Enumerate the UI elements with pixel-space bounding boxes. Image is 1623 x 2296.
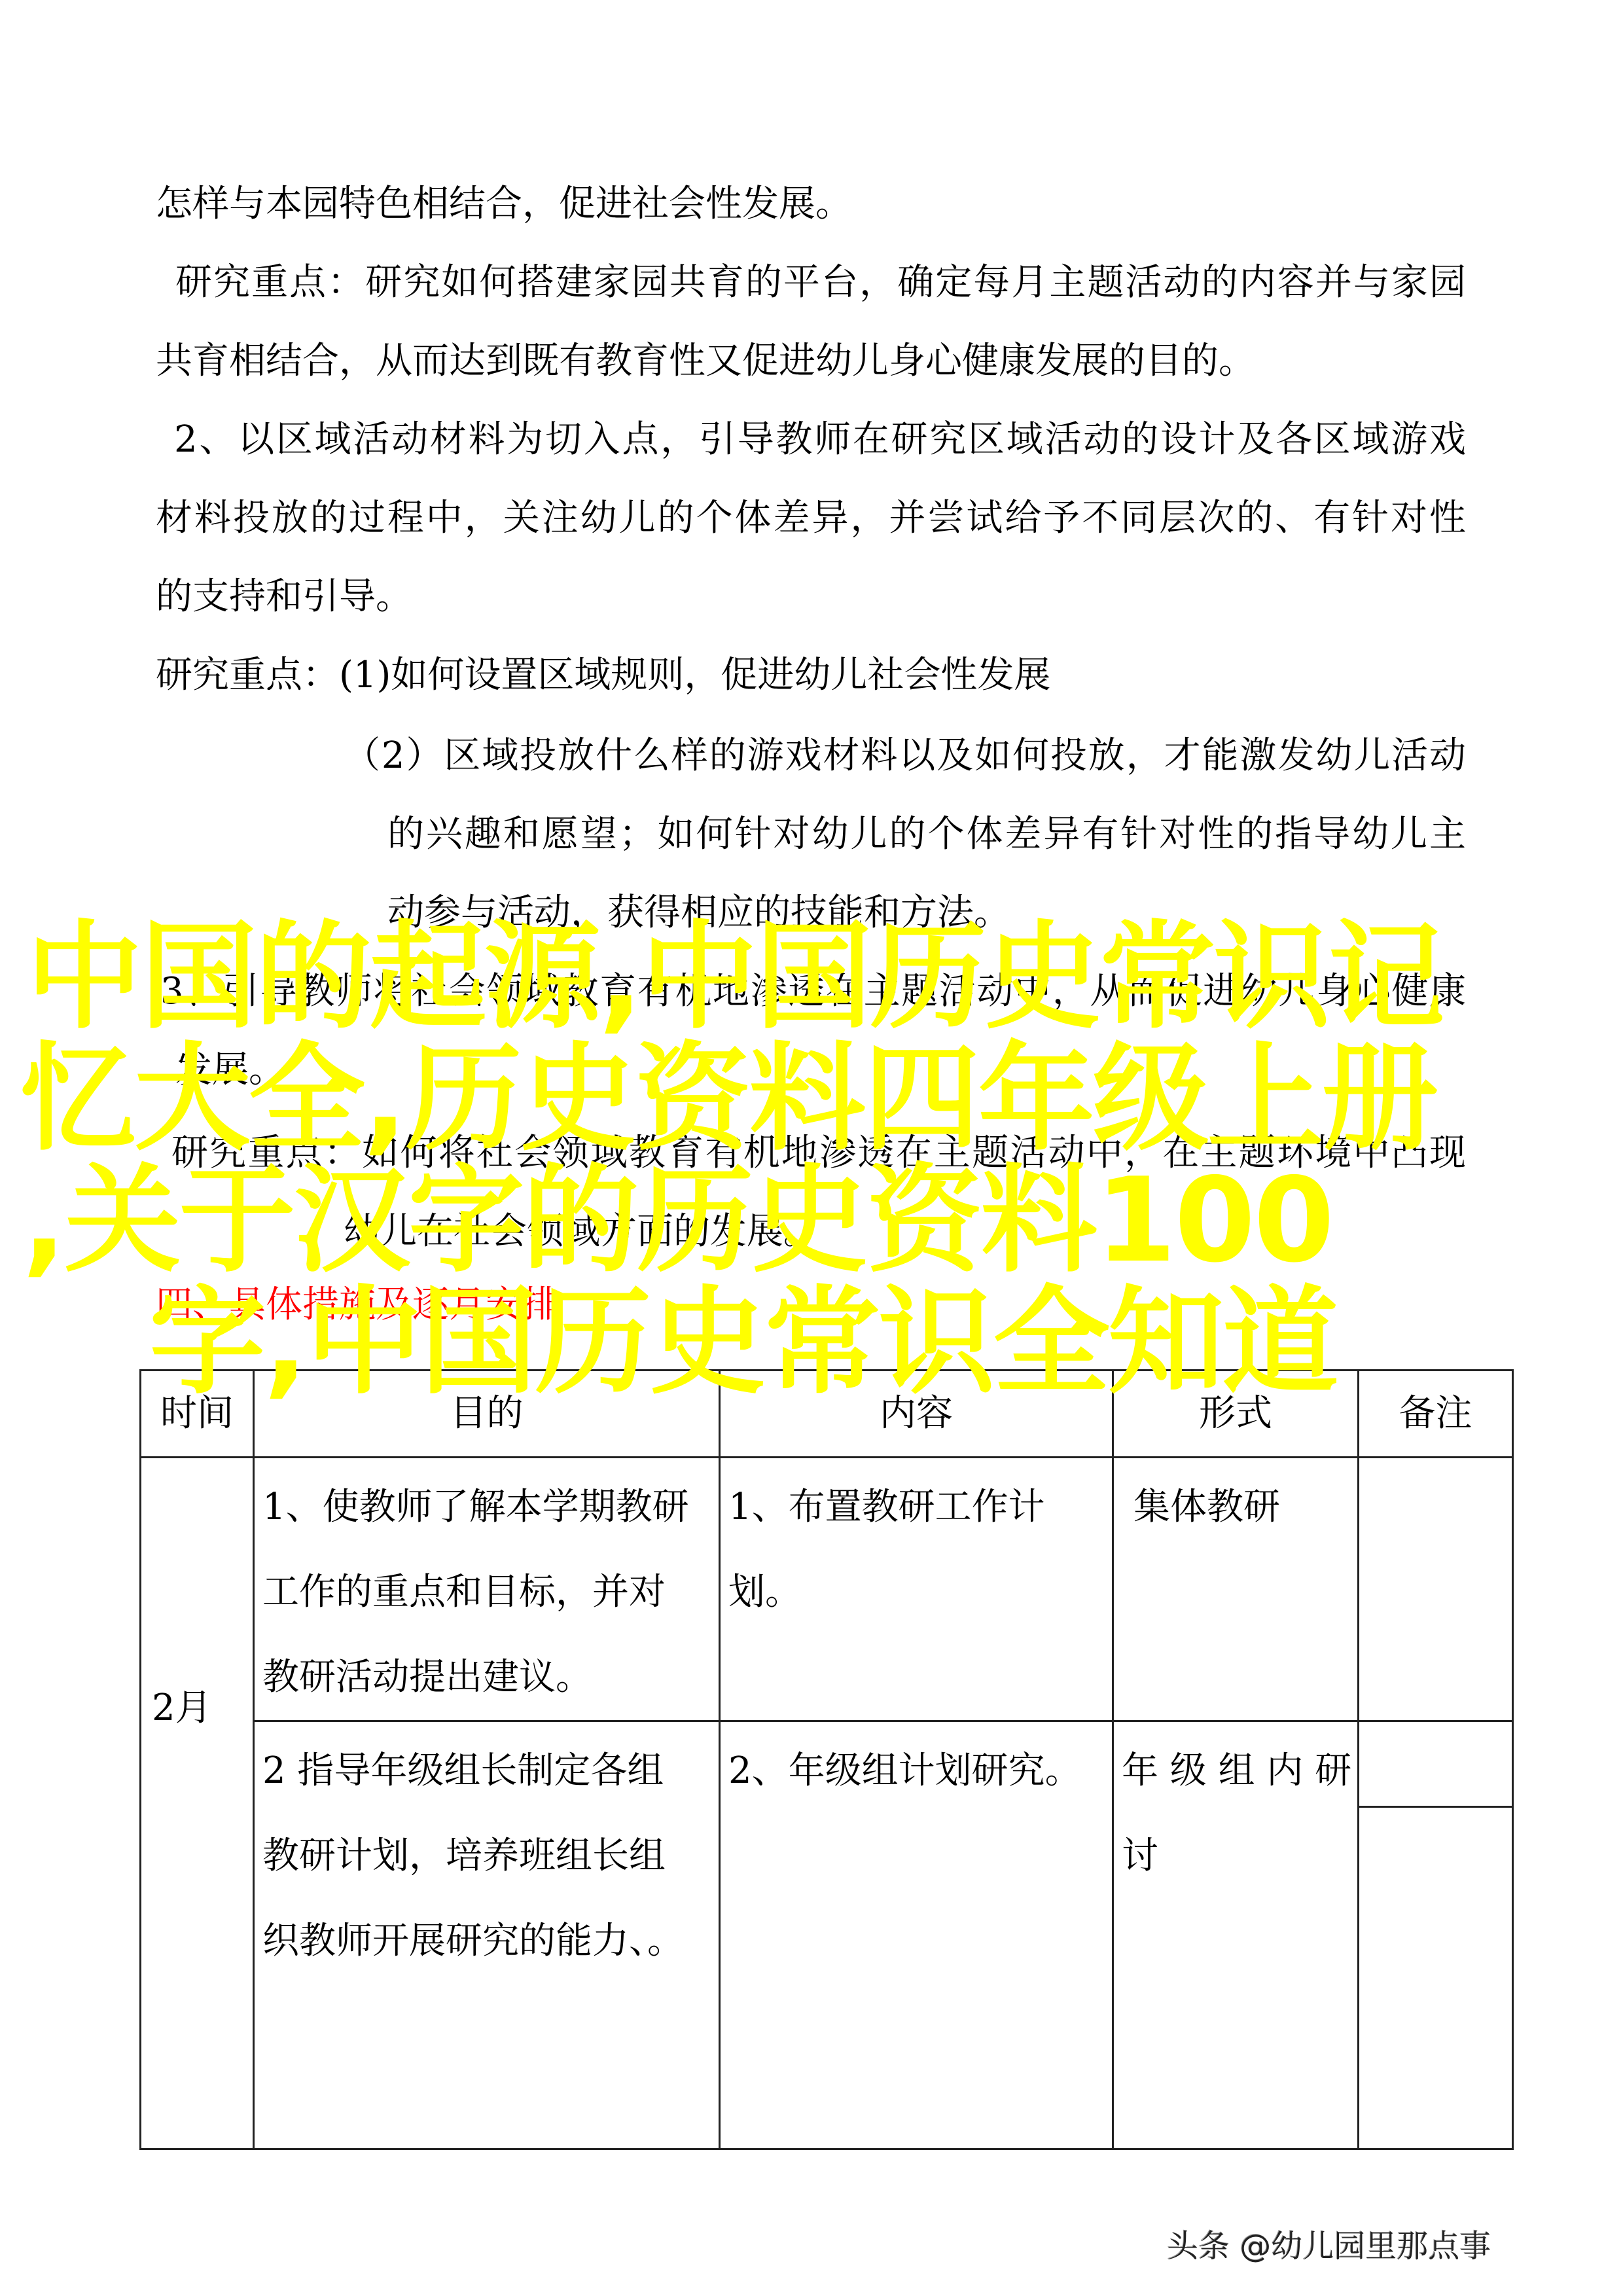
purpose-cell: 1、使教师了解本学期教研 工作的重点和目标，并对 教研活动提出建议。 [254, 1458, 720, 1721]
remark-cell [1359, 1807, 1513, 2149]
research-focus-line: 研究重点：如何将社会领域教育有机地渗透在主题活动中，在主题环境中凸现 [171, 1132, 1466, 1174]
paragraph-line: 动参与活动，获得相应的技能和方法。 [387, 892, 1010, 934]
header-time: 时间 [141, 1371, 254, 1458]
purpose-line: 教研计划，培养班组长组 [262, 1814, 719, 1899]
section-heading: 四、具体措施及逐月安排 [156, 1284, 559, 1326]
paragraph-line: （2）区域投放什么样的游戏材料以及如何投放，才能激发幼儿活动 [344, 735, 1466, 777]
paragraph-line: 的兴趣和愿望；如何针对幼儿的个体差异有针对性的指导幼儿主 [387, 814, 1466, 855]
content-cell: 2、年级组计划研究。 [720, 1721, 1113, 2149]
source-watermark: 头条 @幼儿园里那点事 [1167, 2221, 1491, 2266]
paragraph-line: 3、引导教师将社会领域教育有机地渗透在主题活动中，从而促进幼儿身心健康 [160, 971, 1466, 1013]
content-text: 2、年级组计划研究。 [721, 1705, 1112, 1814]
purpose-line: 织教师开展研究的能力、。 [262, 1899, 719, 1984]
table-row: 2月 1、使教师了解本学期教研 工作的重点和目标，并对 教研活动提出建议。 1、… [141, 1458, 1513, 1721]
paragraph-line: 怎样与本园特色相结合，促进社会性发展。 [156, 183, 852, 225]
paragraph-line: 幼儿在社会领域方面的发展。 [344, 1211, 820, 1253]
remark-cell [1359, 1458, 1513, 1721]
header-remark: 备注 [1359, 1371, 1513, 1458]
remark-cell [1359, 1721, 1513, 1807]
month-label: 2月 [152, 1687, 212, 1729]
form-cell: 年 级 组 内 研 讨 [1113, 1721, 1359, 2149]
table-row: 2 指导年级组长制定各组 教研计划，培养班组长组 织教师开展研究的能力、。 2、… [141, 1721, 1513, 1807]
content-cell: 1、布置教研工作计划。 [720, 1458, 1113, 1721]
form-text: 集体教研 [1114, 1441, 1357, 1550]
paragraph-line: 的支持和引导。 [156, 576, 412, 618]
paragraph-line: 共育相结合，从而达到既有教育性又促进幼儿身心健康发展的目的。 [156, 340, 1255, 382]
paragraph-line: 研究重点：研究如何搭建家园共育的平台，确定每月主题活动的内容并与家园 [175, 262, 1466, 304]
paragraph-line: 材料投放的过程中，关注幼儿的个体差异，并尝试给予不同层次的、有针对性 [156, 497, 1466, 539]
monthly-plan-table: 时间 目的 内容 形式 备注 2月 1、使教师了解本学期教研 工作的重点和目标，… [139, 1369, 1514, 2150]
month-cell: 2月 [141, 1458, 254, 2149]
form-line: 年 级 组 内 研 [1122, 1729, 1357, 1814]
purpose-line: 1、使教师了解本学期教研 [262, 1465, 719, 1550]
content-text: 1、布置教研工作计划。 [721, 1441, 1112, 1635]
form-cell: 集体教研 [1113, 1458, 1359, 1721]
paragraph-line: 发展。 [175, 1049, 285, 1091]
purpose-cell: 2 指导年级组长制定各组 教研计划，培养班组长组 织教师开展研究的能力、。 [254, 1721, 720, 2149]
research-focus-line: 研究重点：(1)如何设置区域规则，促进幼儿社会性发展 [156, 655, 1050, 696]
purpose-line: 2 指导年级组长制定各组 [262, 1729, 719, 1814]
purpose-line: 工作的重点和目标，并对 [262, 1550, 719, 1635]
form-line: 讨 [1122, 1814, 1357, 1899]
paragraph-line: 2、以区域活动材料为切入点，引导教师在研究区域活动的设计及各区域游戏 [174, 419, 1466, 461]
